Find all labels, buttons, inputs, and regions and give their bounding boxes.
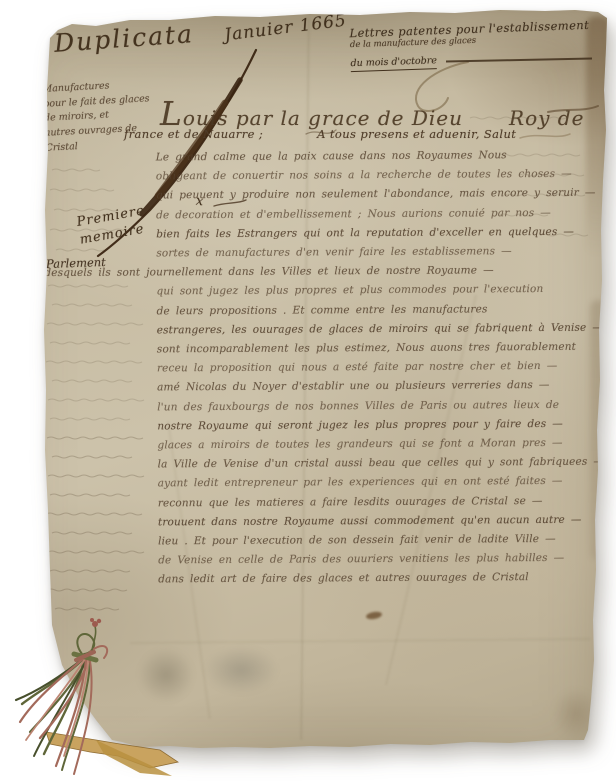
smudge [204,646,278,694]
spacer [263,127,317,141]
cord-bud [90,618,101,627]
royal-opening-end: Roy de [509,106,584,130]
ink-spot [366,611,383,621]
manuscript-photo: Duplicata Januier 1665 Lettres patentes … [0,0,616,784]
salutation-right: A tous presens et aduenir, Salut [317,127,516,141]
date-note: Januier 1665 [223,11,348,46]
margin-note-premiere: Premiere memoire [75,202,149,248]
manuscript-line: dans ledit art de faire des glaces et au… [158,568,604,590]
title-annotation: Lettres patentes pour l'establissement d… [349,18,590,72]
manuscript-body: Le grand calme que la paix cause dans no… [156,146,605,590]
stain-bottom-right [552,688,600,740]
duplicata-note: Duplicata [53,19,195,58]
salutation-line: france et de Nauarre ; A tous presens et… [124,127,516,141]
title-line-3: du mois d'octobre [350,55,437,72]
salutation-left: france et de Nauarre ; [124,127,263,141]
margin-note-manufacture: Manufactures pour le fait des glaces de … [42,77,152,156]
seal-cord-tassel [0,604,210,784]
